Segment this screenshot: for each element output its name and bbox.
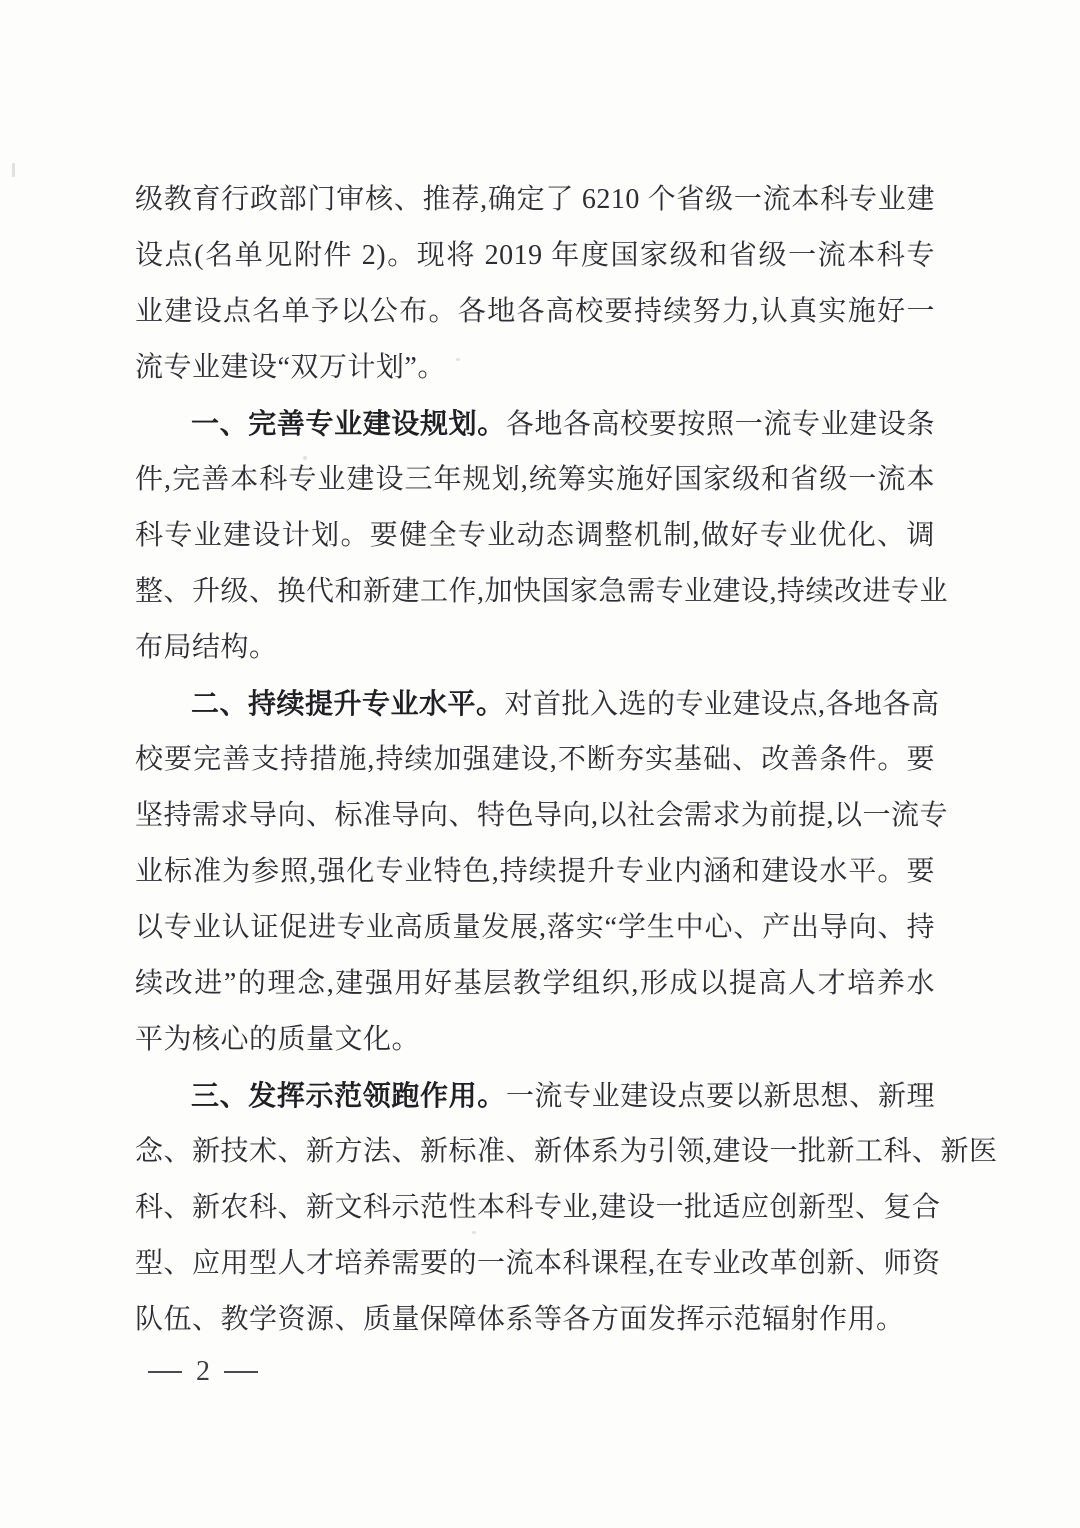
body-text-run: 设点(名单见附件 2)。现将 2019 年度国家级和省级一流本科专	[135, 240, 935, 271]
body-text-run: 业标准为参照,强化专业特色,持续提升专业内涵和建设水平。要	[135, 856, 935, 887]
body-text-run: 级教育行政部门审核、推荐,确定了 6210 个省级一流本科专业建	[135, 184, 935, 215]
text-line-4: 流专业建设“双万计划”。	[135, 340, 935, 396]
text-line-17: 三、发挥示范领跑作用。一流专业建设点要以新思想、新理	[135, 1068, 935, 1124]
text-line-2: 设点(名单见附件 2)。现将 2019 年度国家级和省级一流本科专	[135, 228, 935, 284]
text-line-11: 校要完善支持措施,持续加强建设,不断夯实基础、改善条件。要	[135, 732, 935, 788]
page-footer: 2	[148, 1352, 258, 1392]
body-text-run: 队伍、教学资源、质量保障体系等各方面发挥示范辐射作用。	[135, 1304, 905, 1335]
page-number: 2	[196, 1352, 210, 1392]
body-text-run: 续改进”的理念,建强用好基层教学组织,形成以提高人才培养水	[135, 968, 935, 999]
text-line-15: 续改进”的理念,建强用好基层教学组织,形成以提高人才培养水	[135, 956, 935, 1012]
footer-dash-left	[148, 1371, 182, 1373]
body-text-run: 业建设点名单予以公布。各地各高校要持续努力,认真实施好一	[135, 296, 935, 327]
body-text-run: 整、升级、换代和新建工作,加快国家急需专业建设,持续改进专业	[135, 576, 948, 607]
text-line-16: 平为核心的质量文化。	[135, 1012, 935, 1068]
text-line-13: 业标准为参照,强化专业特色,持续提升专业内涵和建设水平。要	[135, 844, 935, 900]
text-line-5: 一、完善专业建设规划。各地各高校要按照一流专业建设条	[135, 396, 935, 452]
body-text-run: 型、应用型人才培养需要的一流本科课程,在专业改革创新、师资	[135, 1248, 941, 1279]
text-line-10: 二、持续提升专业水平。对首批入选的专业建设点,各地各高	[135, 676, 935, 732]
section-heading: 一、完善专业建设规划。	[191, 408, 506, 439]
text-line-8: 整、升级、换代和新建工作,加快国家急需专业建设,持续改进专业	[135, 564, 935, 620]
text-line-14: 以专业认证促进专业高质量发展,落实“学生中心、产出导向、持	[135, 900, 935, 956]
text-line-9: 布局结构。	[135, 620, 935, 676]
text-line-3: 业建设点名单予以公布。各地各高校要持续努力,认真实施好一	[135, 284, 935, 340]
text-line-6: 件,完善本科专业建设三年规划,统筹实施好国家级和省级一流本	[135, 452, 935, 508]
body-text-run: 以专业认证促进专业高质量发展,落实“学生中心、产出导向、持	[135, 912, 935, 943]
body-text-run: 一流专业建设点要以新思想、新理	[506, 1081, 935, 1112]
scan-artifact	[12, 163, 15, 177]
section-heading: 二、持续提升专业水平。	[191, 688, 505, 719]
body-text-run: 念、新技术、新方法、新标准、新体系为引领,建设一批新工科、新医	[135, 1136, 998, 1167]
document-body: 级教育行政部门审核、推荐,确定了 6210 个省级一流本科专业建设点(名单见附件…	[135, 172, 935, 1348]
body-text-run: 科、新农科、新文科示范性本科专业,建设一批适应创新型、复合	[135, 1192, 941, 1223]
document-page: 级教育行政部门审核、推荐,确定了 6210 个省级一流本科专业建设点(名单见附件…	[0, 0, 1080, 1528]
footer-dash-right	[224, 1371, 258, 1373]
text-line-21: 队伍、教学资源、质量保障体系等各方面发挥示范辐射作用。	[135, 1292, 935, 1348]
body-text-run: 科专业建设计划。要健全专业动态调整机制,做好专业优化、调	[135, 520, 935, 551]
text-line-7: 科专业建设计划。要健全专业动态调整机制,做好专业优化、调	[135, 508, 935, 564]
body-text-run: 各地各高校要按照一流专业建设条	[506, 409, 935, 440]
text-line-12: 坚持需求导向、标准导向、特色导向,以社会需求为前提,以一流专	[135, 788, 935, 844]
body-text-run: 件,完善本科专业建设三年规划,统筹实施好国家级和省级一流本	[135, 464, 935, 495]
text-line-19: 科、新农科、新文科示范性本科专业,建设一批适应创新型、复合	[135, 1180, 935, 1236]
body-text-run: 坚持需求导向、标准导向、特色导向,以社会需求为前提,以一流专	[135, 800, 948, 831]
text-line-18: 念、新技术、新方法、新标准、新体系为引领,建设一批新工科、新医	[135, 1124, 935, 1180]
body-text-run: 对首批入选的专业建设点,各地各高	[505, 689, 940, 720]
body-text-run: 流专业建设“双万计划”。	[135, 352, 446, 383]
body-text-run: 布局结构。	[135, 632, 278, 663]
text-line-20: 型、应用型人才培养需要的一流本科课程,在专业改革创新、师资	[135, 1236, 935, 1292]
section-heading: 三、发挥示范领跑作用。	[191, 1080, 506, 1111]
body-text-run: 平为核心的质量文化。	[135, 1024, 420, 1055]
body-text-run: 校要完善支持措施,持续加强建设,不断夯实基础、改善条件。要	[135, 744, 935, 775]
text-line-1: 级教育行政部门审核、推荐,确定了 6210 个省级一流本科专业建	[135, 172, 935, 228]
